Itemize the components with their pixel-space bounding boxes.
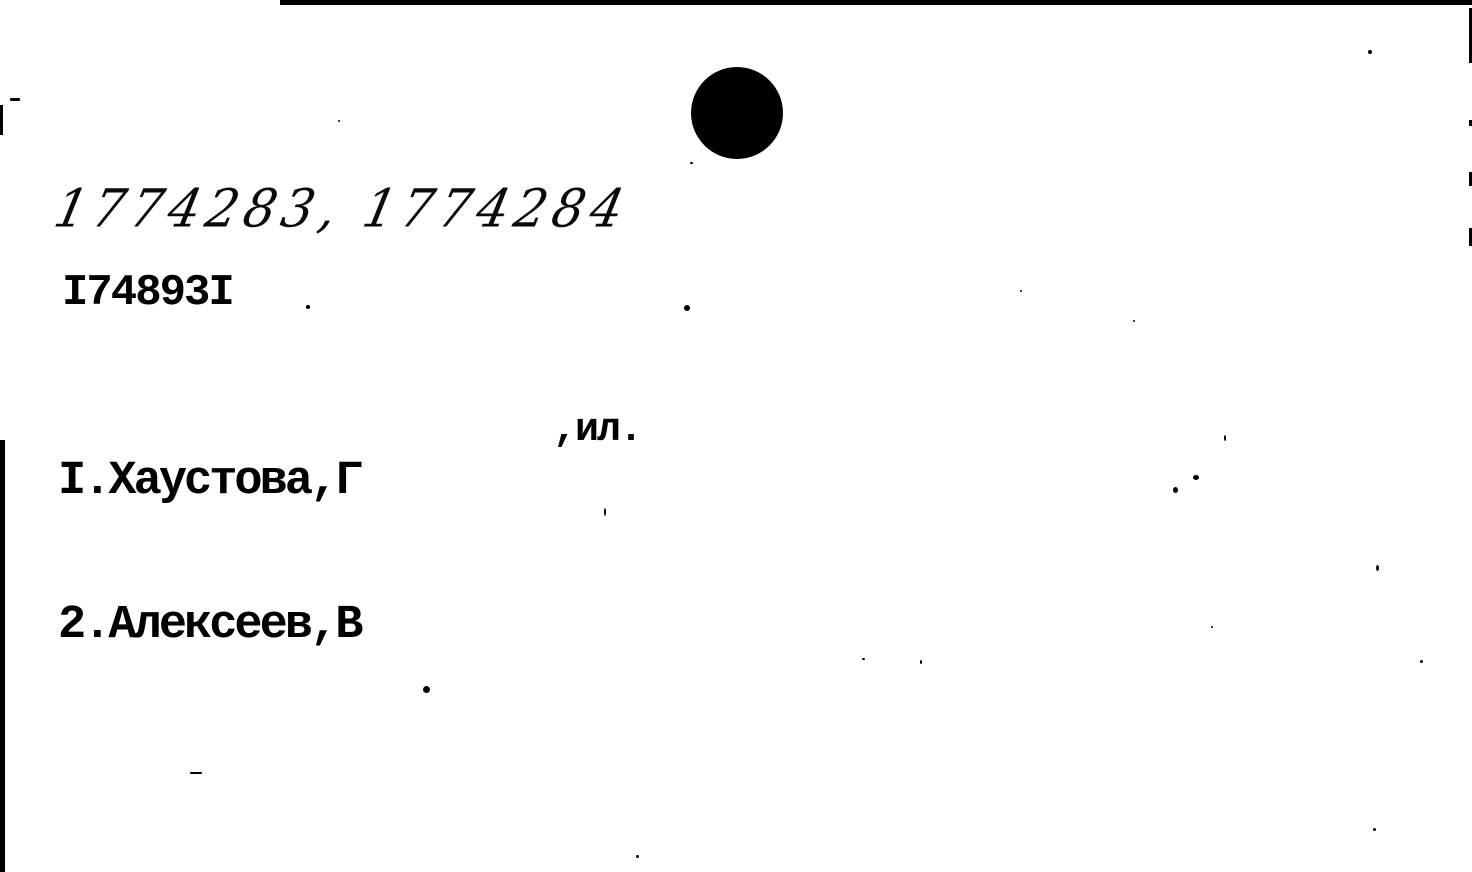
scan-speck (604, 508, 606, 516)
inventory-number: I74893I (62, 268, 233, 318)
scan-speck (1376, 565, 1379, 571)
scan-speck (190, 772, 202, 774)
scan-speck (684, 305, 690, 311)
author-line-1: I.Хаустова,Г (58, 458, 360, 506)
card-left-border (0, 440, 5, 872)
scan-speck (1224, 435, 1226, 441)
scan-speck (1368, 50, 1372, 54)
scan-speck (423, 686, 430, 693)
scan-speck (862, 658, 865, 660)
scan-speck (1193, 475, 1199, 480)
scan-speck (1173, 487, 1178, 493)
scan-speck (1420, 660, 1423, 663)
scan-speck (920, 660, 922, 664)
catalog-card: 1774283, 1774284 I74893I I.Хаустова,Г 2.… (0, 0, 1472, 872)
author-list: I.Хаустова,Г 2.Алексеев,В (58, 362, 360, 746)
scan-speck (10, 98, 20, 101)
scan-speck (690, 162, 693, 164)
scan-speck (636, 855, 639, 858)
card-top-border (280, 0, 1472, 5)
author-line-2: 2.Алексеев,В (58, 602, 360, 650)
scan-speck (338, 120, 340, 122)
scan-speck (1133, 320, 1135, 322)
scan-speck (306, 305, 310, 309)
handwritten-numbers: 1774283, 1774284 (49, 178, 635, 239)
punch-hole (691, 67, 783, 159)
scan-speck (1373, 828, 1376, 831)
scan-speck (1211, 626, 1213, 628)
scan-speck (1020, 290, 1022, 292)
illustration-note: ,ил. (553, 408, 641, 453)
card-left-edge-mark (0, 105, 3, 135)
